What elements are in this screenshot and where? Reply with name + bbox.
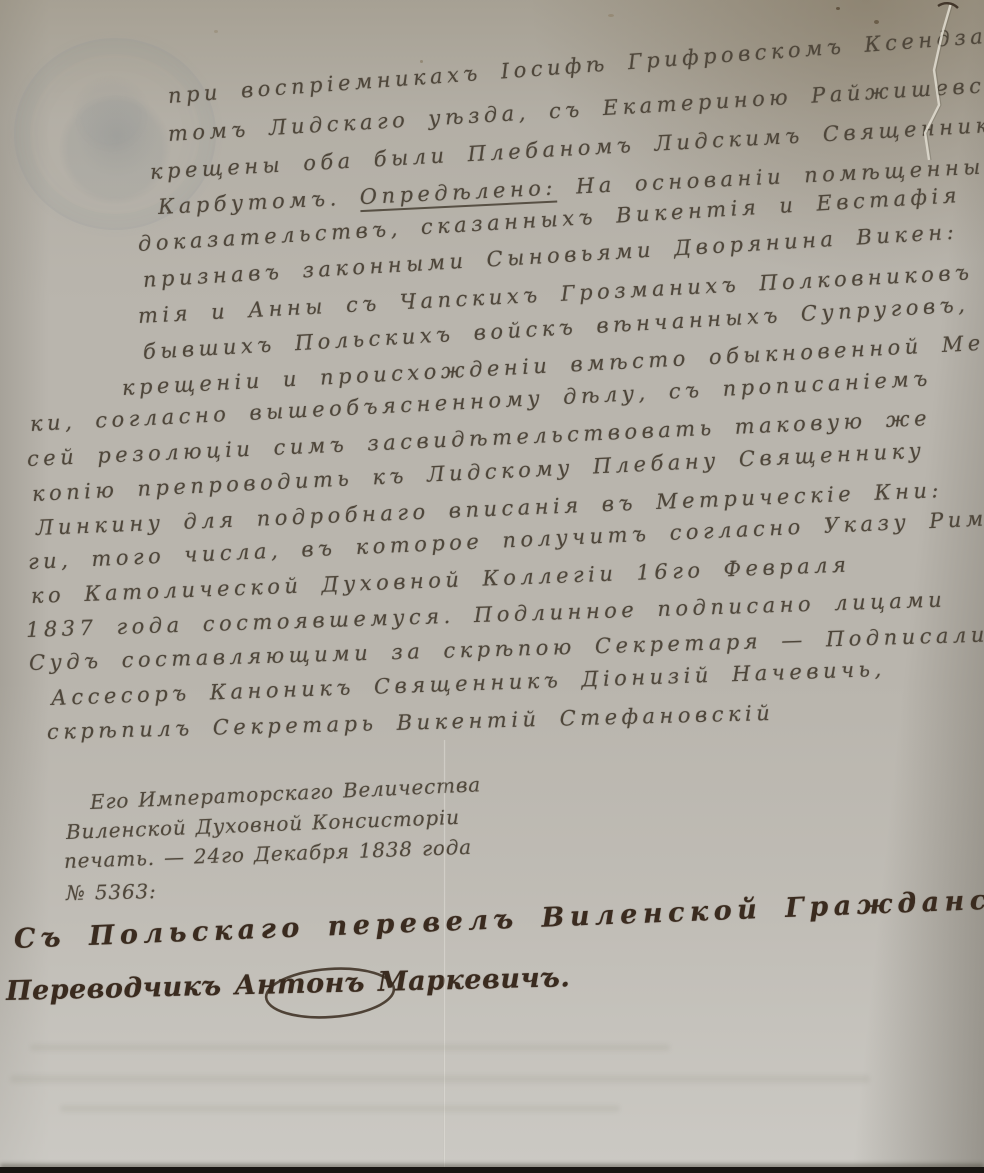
ink-showthrough <box>30 1044 670 1051</box>
paper-speck <box>700 132 703 135</box>
paper-speck <box>420 60 423 63</box>
manuscript-photo: при воспріемникахъ Іосифѣ Грифровскомъ К… <box>0 0 984 1173</box>
translator-line: Переводчикъ Антонъ Маркевичъ. <box>6 962 571 1007</box>
consistory-line: № 5363: <box>66 879 157 905</box>
paper-speck <box>836 7 840 10</box>
ink-showthrough <box>60 1105 620 1112</box>
ink-showthrough <box>10 1075 870 1083</box>
translator-line: Съ Польскаго перевелъ Виленской Гражданс… <box>13 874 984 955</box>
manuscript-line: скрѣпилъ Секретарь Викентій Стефановскій <box>47 701 775 744</box>
underlined-word: Опредѣлено: <box>359 176 557 213</box>
paper-speck <box>214 30 218 33</box>
photo-bottom-edge <box>0 1167 984 1173</box>
paper-speck <box>608 14 614 17</box>
paper-speck <box>874 20 879 24</box>
seal-relief-motif <box>75 93 158 179</box>
corner-ink-mark <box>938 3 958 8</box>
